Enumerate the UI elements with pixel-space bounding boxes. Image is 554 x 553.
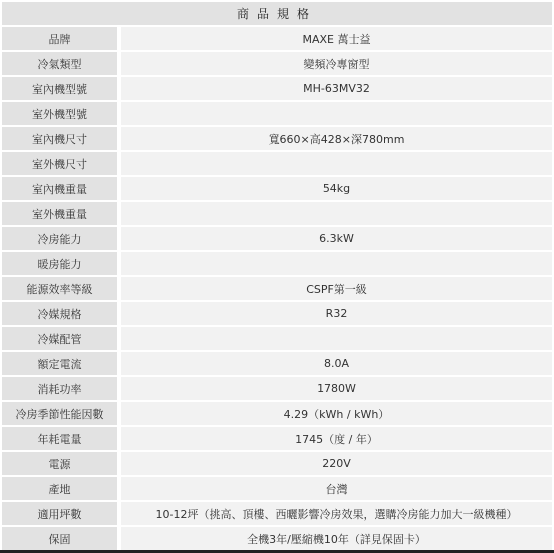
table-row: 冷媒配管	[2, 327, 552, 350]
table-row: 室內機型號MH-63MV32	[2, 77, 552, 100]
spec-value: 寬660×高428×深780mm	[121, 127, 552, 150]
spec-table: 商品規格 品牌MAXE 萬士益冷氣類型變頻冷專窗型室內機型號MH-63MV32室…	[2, 2, 552, 552]
table-row: 冷房季節性能因數4.29（kWh / kWh）	[2, 402, 552, 425]
spec-value: 4.29（kWh / kWh）	[121, 402, 552, 425]
spec-value	[121, 202, 552, 225]
spec-label: 保固	[2, 527, 117, 550]
spec-label: 室內機型號	[2, 77, 117, 100]
table-row: 冷媒規格R32	[2, 302, 552, 325]
spec-label: 能源效率等級	[2, 277, 117, 300]
table-row: 產地台灣	[2, 477, 552, 500]
spec-value	[121, 252, 552, 275]
spec-value	[121, 327, 552, 350]
spec-value: 6.3kW	[121, 227, 552, 250]
table-row: 冷氣類型變頻冷專窗型	[2, 52, 552, 75]
table-row: 品牌MAXE 萬士益	[2, 27, 552, 50]
table-row: 暖房能力	[2, 252, 552, 275]
spec-label: 室外機尺寸	[2, 152, 117, 175]
spec-label: 冷房能力	[2, 227, 117, 250]
table-row: 年耗電量1745（度 / 年）	[2, 427, 552, 450]
table-row: 冷房能力6.3kW	[2, 227, 552, 250]
table-row: 室外機型號	[2, 102, 552, 125]
spec-value: 54kg	[121, 177, 552, 200]
spec-value: 1745（度 / 年）	[121, 427, 552, 450]
spec-value: 變頻冷專窗型	[121, 52, 552, 75]
spec-label: 室內機尺寸	[2, 127, 117, 150]
table-row: 室外機重量	[2, 202, 552, 225]
table-row: 室內機重量54kg	[2, 177, 552, 200]
spec-label: 室外機型號	[2, 102, 117, 125]
spec-label: 冷媒規格	[2, 302, 117, 325]
table-row: 適用坪數10-12坪（挑高、頂樓、西曬影響冷房效果，選購冷房能力加大一級機種）	[2, 502, 552, 525]
table-row: 室外機尺寸	[2, 152, 552, 175]
spec-value: 台灣	[121, 477, 552, 500]
spec-value: 1780W	[121, 377, 552, 400]
spec-label: 產地	[2, 477, 117, 500]
table-title: 商品規格	[2, 2, 552, 25]
table-row: 保固全機3年/壓縮機10年（詳見保固卡）	[2, 527, 552, 550]
table-row: 電源220V	[2, 452, 552, 475]
spec-value: MAXE 萬士益	[121, 27, 552, 50]
spec-value: 全機3年/壓縮機10年（詳見保固卡）	[121, 527, 552, 550]
spec-value: 220V	[121, 452, 552, 475]
spec-label: 暖房能力	[2, 252, 117, 275]
spec-value	[121, 102, 552, 125]
spec-label: 冷氣類型	[2, 52, 117, 75]
spec-value: 8.0A	[121, 352, 552, 375]
spec-rows: 品牌MAXE 萬士益冷氣類型變頻冷專窗型室內機型號MH-63MV32室外機型號室…	[2, 27, 552, 550]
spec-label: 適用坪數	[2, 502, 117, 525]
spec-label: 冷媒配管	[2, 327, 117, 350]
spec-label: 年耗電量	[2, 427, 117, 450]
spec-value: CSPF第一級	[121, 277, 552, 300]
table-row: 消耗功率1780W	[2, 377, 552, 400]
spec-value	[121, 152, 552, 175]
spec-label: 額定電流	[2, 352, 117, 375]
spec-label: 冷房季節性能因數	[2, 402, 117, 425]
spec-label: 品牌	[2, 27, 117, 50]
spec-value: MH-63MV32	[121, 77, 552, 100]
spec-value: 10-12坪（挑高、頂樓、西曬影響冷房效果，選購冷房能力加大一級機種）	[121, 502, 552, 525]
table-row: 室內機尺寸寬660×高428×深780mm	[2, 127, 552, 150]
spec-label: 室內機重量	[2, 177, 117, 200]
spec-value: R32	[121, 302, 552, 325]
spec-label: 消耗功率	[2, 377, 117, 400]
spec-label: 電源	[2, 452, 117, 475]
spec-label: 室外機重量	[2, 202, 117, 225]
table-row: 能源效率等級CSPF第一級	[2, 277, 552, 300]
table-row: 額定電流8.0A	[2, 352, 552, 375]
